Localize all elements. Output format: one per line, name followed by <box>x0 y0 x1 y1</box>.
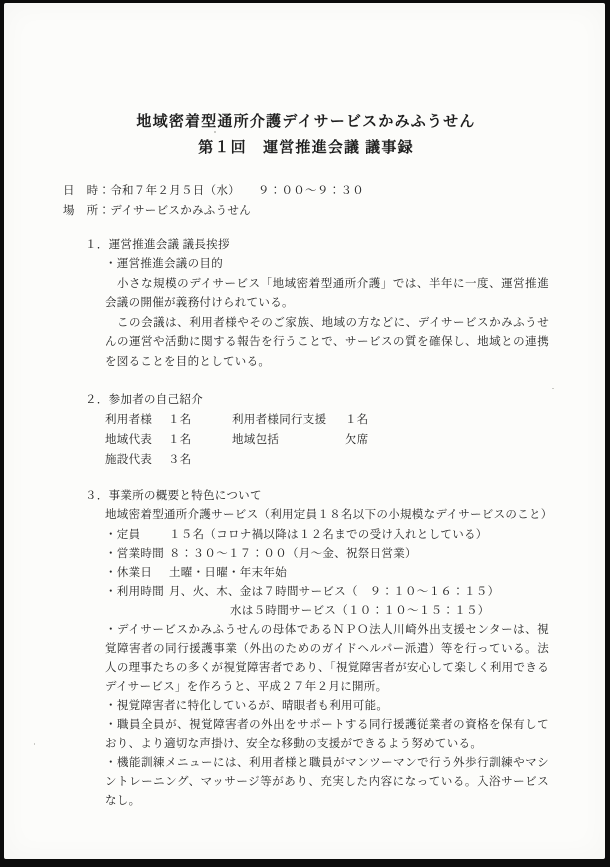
attendee-role: 利用者様同行支援 <box>232 410 345 430</box>
feature-bullet-npo: ・デイサービスかみふうせんの母体であるＮＰＯ法人川崎外出支援センターは、視覚障害… <box>105 621 549 697</box>
meta-block: 日 時：令和７年２月５日（水） ９：００～９：３０ 場 所：デイサービスかみふう… <box>63 181 549 221</box>
section-1-heading: １．運営推進会議 議長挨拶 <box>85 235 549 255</box>
feature-bullet-staff-qualification: ・職員全員が、視覚障害者の外出をサポートする同行援護従業者の資格を保有しており、… <box>105 716 549 754</box>
purpose-paragraph-2: この会議は、利用者様やそのご家族、地域の方などに、デイサービスかみふうせんの運営… <box>105 314 549 373</box>
attendee-row: 利用者様 １名 利用者様同行支援 １名 <box>105 410 549 430</box>
section-overview: ３．事業所の概要と特色について 地域密着型通所介護サービス（利用定員１８名以下の… <box>63 486 549 811</box>
attendee-count: １名 <box>168 430 232 450</box>
section-2-body: 利用者様 １名 利用者様同行支援 １名 地域代表 １名 地域包括 欠席 施設代表… <box>105 410 549 470</box>
section-1-body: ・運営推進会議の目的 小さな規模のデイサービス「地域密着型通所介護」では、半年に… <box>105 255 549 372</box>
fact-label: ・営業時間 <box>105 545 169 564</box>
fact-value: １５名（コロナ禍以降は１２名までの受け入れとしている） <box>169 526 549 545</box>
document-title: 地域密着型通所介護デイサービスかみふうせん <box>63 109 549 135</box>
feature-bullet-sighted-users: ・視覚障害者に特化しているが、晴眼者も利用可能。 <box>105 697 549 716</box>
section-greeting: １．運営推進会議 議長挨拶 ・運営推進会議の目的 小さな規模のデイサービス「地域… <box>63 235 549 372</box>
document-content: 地域密着型通所介護デイサービスかみふうせん 第１回 運営推進会議 議事録 日 時… <box>4 3 605 811</box>
fact-continuation: 水は５時間サービス（１０：１０～１５：１５） <box>105 602 549 621</box>
attendee-count <box>345 450 549 470</box>
fact-value: 月、火、木、金は７時間サービス（ ９：１０～１６：１５） <box>169 583 549 602</box>
fact-row-service-time: ・利用時間 月、火、木、金は７時間サービス（ ９：１０～１６：１５） <box>105 583 549 602</box>
scan-border-frame: 地域密着型通所介護デイサービスかみふうせん 第１回 運営推進会議 議事録 日 時… <box>0 0 610 867</box>
attendee-count: ３名 <box>168 450 232 470</box>
attendee-row: 地域代表 １名 地域包括 欠席 <box>105 430 549 450</box>
meta-location: 場 所：デイサービスかみふうせん <box>63 201 549 221</box>
document-subtitle: 第１回 運営推進会議 議事録 <box>63 135 549 161</box>
attendee-role: 地域代表 <box>105 430 168 450</box>
scan-speck <box>214 131 216 133</box>
facility-facts: ・定員 １５名（コロナ禍以降は１２名までの受け入れとしている） ・営業時間 ８：… <box>105 526 549 621</box>
fact-row-capacity: ・定員 １５名（コロナ禍以降は１２名までの受け入れとしている） <box>105 526 549 545</box>
scan-speck <box>552 388 554 389</box>
attendee-role: 利用者様 <box>105 410 168 430</box>
fact-value: 土曜・日曜・年末年始 <box>169 564 549 583</box>
fact-row-closed-days: ・休業日 土曜・日曜・年末年始 <box>105 564 549 583</box>
attendee-count: １名 <box>168 410 232 430</box>
attendee-row: 施設代表 ３名 <box>105 450 549 470</box>
attendee-count: 欠席 <box>345 430 549 450</box>
section-2-heading: ２．参加者の自己紹介 <box>85 390 549 410</box>
fact-label: ・休業日 <box>105 564 169 583</box>
document-page: 地域密着型通所介護デイサービスかみふうせん 第１回 運営推進会議 議事録 日 時… <box>4 3 605 859</box>
feature-bullet-training-menu: ・機能訓練メニューには、利用者様と職員がマンツーマンで行う外歩行訓練やマシントレ… <box>105 754 549 811</box>
fact-value: ８：３０～１７：００（月～金、祝祭日営業） <box>169 545 549 564</box>
scan-speck <box>34 743 35 745</box>
attendee-count: １名 <box>345 410 549 430</box>
purpose-paragraph-1: 小さな規模のデイサービス「地域密着型通所介護」では、半年に一度、運営推進会議の開… <box>105 275 549 314</box>
attendee-role <box>232 450 345 470</box>
fact-label: ・定員 <box>105 526 169 545</box>
purpose-label: ・運営推進会議の目的 <box>105 255 549 275</box>
attendee-role: 施設代表 <box>105 450 168 470</box>
fact-label: ・利用時間 <box>105 583 169 602</box>
section-3-heading: ３．事業所の概要と特色について <box>85 486 549 506</box>
feature-bullets: ・デイサービスかみふうせんの母体であるＮＰＯ法人川崎外出支援センターは、視覚障害… <box>105 621 549 811</box>
fact-row-hours: ・営業時間 ８：３０～１７：００（月～金、祝祭日営業） <box>105 545 549 564</box>
meta-datetime: 日 時：令和７年２月５日（水） ９：００～９：３０ <box>63 181 549 201</box>
attendee-role: 地域包括 <box>232 430 345 450</box>
overview-intro: 地域密着型通所介護サービス（利用定員１８名以下の小規模なデイサービスのこと） <box>105 506 549 526</box>
section-3-body: 地域密着型通所介護サービス（利用定員１８名以下の小規模なデイサービスのこと） ・… <box>105 506 549 811</box>
section-attendees: ２．参加者の自己紹介 利用者様 １名 利用者様同行支援 １名 地域代表 １名 地… <box>63 390 549 470</box>
